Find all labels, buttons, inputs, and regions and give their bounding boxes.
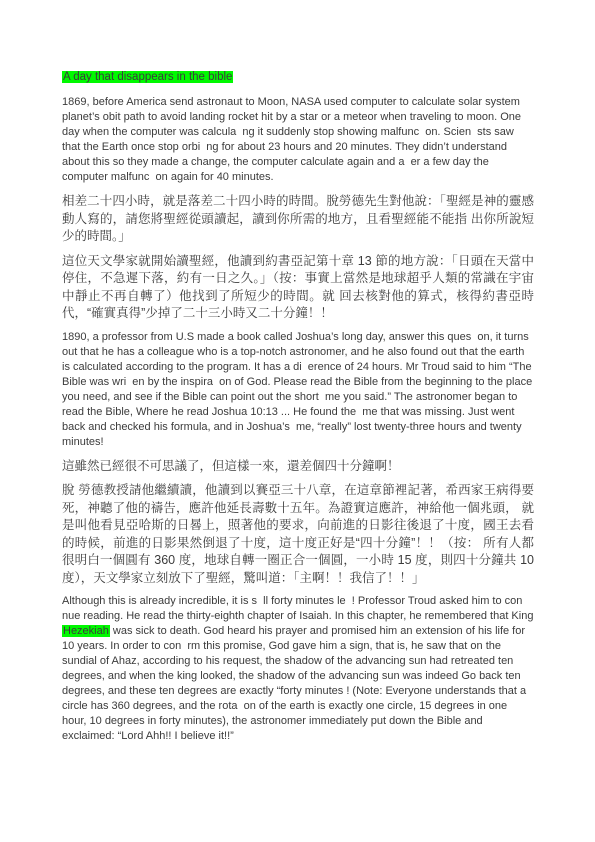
paragraph-english-1869: 1869, before America send astronaut to M… [62,95,534,185]
title-highlight: A day that disappears in the bible [62,71,233,83]
paragraph-chinese-forty-minutes: 這雖然已經很不可思議了，但這樣一來，還差個四十分鐘啊！ [62,458,534,476]
document-title: A day that disappears in the bible [62,70,534,85]
highlighted-word-hezekiah: Hezekiah [62,625,110,637]
paragraph-text-pre: Although this is already incredible, it … [62,595,537,622]
paragraph-english-hezekiah: Although this is already incredible, it … [62,594,534,744]
paragraph-chinese-isaiah: 脫 勞德教授請他繼續讀，他讀到以賽亞三十八章，在這章節裡記著，希西家王病得要死，… [62,482,534,587]
paragraph-chinese-24-hours: 相差二十四小時，就是落差二十四小時的時間。脫勞德先生對他說：「聖經是神的靈感動人… [62,193,534,246]
document-page: A day that disappears in the bible 1869,… [0,0,595,842]
paragraph-chinese-joshua: 這位天文學家就開始讀聖經，他讀到約書亞記第十章 13 節的地方說：「日頭在天當中… [62,253,534,323]
paragraph-english-1890: 1890, a professor from U.S made a book c… [62,330,534,450]
paragraph-text-post: was sick to death. God heard his prayer … [62,625,529,742]
